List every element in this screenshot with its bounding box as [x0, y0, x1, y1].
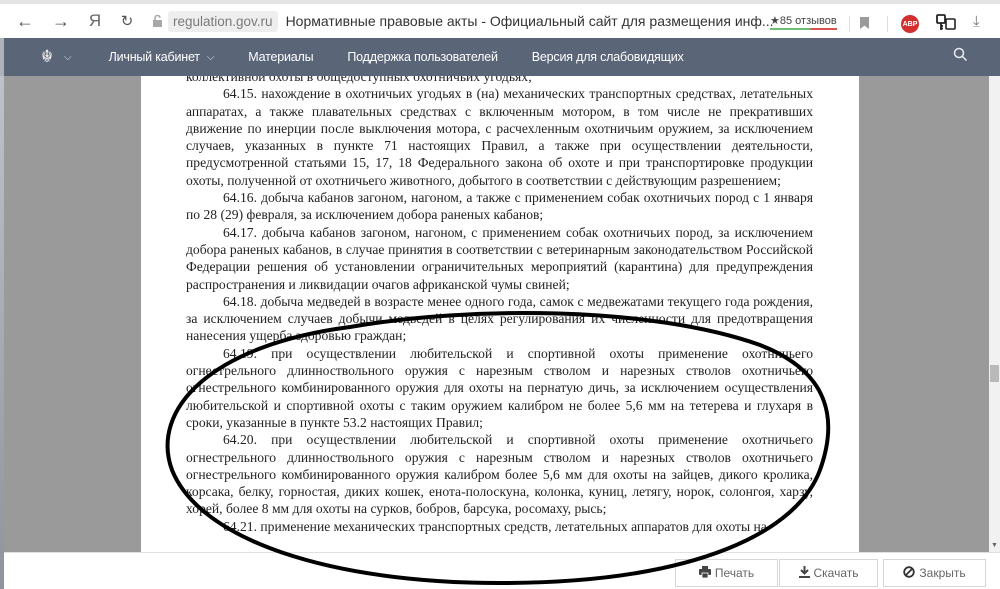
scroll-down-arrow-icon[interactable]: ▼: [991, 542, 998, 549]
address-bar-url[interactable]: regulation.gov.ru: [168, 11, 278, 32]
scrollbar-thumb[interactable]: [990, 365, 999, 382]
prohibited-icon: [903, 566, 915, 581]
reload-icon[interactable]: ↻: [114, 8, 140, 34]
download-icon[interactable]: ⤓: [973, 13, 980, 30]
document-paragraph: 64.21. применение механических транспорт…: [186, 518, 813, 535]
document-text: коллективной охоты в общедоступных охотн…: [186, 76, 813, 535]
nav-item-label: Личный кабинет: [109, 50, 200, 64]
print-button[interactable]: Печать: [675, 559, 778, 587]
toolbar-divider: [887, 16, 888, 32]
document-paragraph: 64.20. при осуществлении любительской и …: [186, 431, 813, 517]
lock-icon[interactable]: [150, 14, 164, 28]
nav-personal-account[interactable]: Личный кабинет ⌵: [109, 50, 215, 64]
site-navigation: ☬ ⌵ Личный кабинет ⌵ Материалы Поддержка…: [0, 38, 1000, 76]
document-paragraph: 64.19. при осуществлении любительской и …: [186, 345, 813, 431]
chevron-down-icon[interactable]: ⌵: [64, 52, 72, 63]
vertical-scrollbar[interactable]: ▼: [989, 76, 1000, 552]
search-icon[interactable]: [953, 47, 968, 67]
document-viewer: коллективной охоты в общедоступных охотн…: [4, 76, 989, 552]
document-paragraph: 64.16. добыча кабанов загоном, нагоном, …: [186, 189, 813, 224]
back-arrow-icon[interactable]: ←: [12, 8, 38, 34]
document-paragraph: коллективной охоты в общедоступных охотн…: [186, 76, 813, 85]
close-label: Закрыть: [919, 566, 965, 580]
document-paragraph: 64.17. добыча кабанов загоном, нагоном, …: [186, 224, 813, 293]
download-icon: [799, 566, 810, 581]
close-button[interactable]: Закрыть: [883, 559, 986, 587]
browser-toolbar: ← → Я ↻ regulation.gov.ru Нормативные пр…: [0, 0, 1000, 38]
password-manager-icon[interactable]: [936, 14, 956, 37]
yandex-icon[interactable]: Я: [82, 8, 108, 34]
forward-arrow-icon[interactable]: →: [48, 8, 74, 34]
adblock-plus-icon[interactable]: ABP: [901, 15, 919, 33]
nav-accessibility-version[interactable]: Версия для слабовидящих: [532, 50, 684, 64]
coat-of-arms-icon[interactable]: ☬: [37, 46, 57, 68]
bookmark-icon[interactable]: [860, 17, 869, 29]
nav-materials[interactable]: Материалы: [248, 50, 313, 64]
document-paragraph: 64.15. нахождение в охотничьих угодьях в…: [186, 85, 813, 189]
toolbar-divider: [849, 16, 850, 32]
document-paragraph: 64.18. добыча медведей в возрасте менее …: [186, 293, 813, 345]
action-bar: Печать Скачать Закрыть: [4, 552, 1000, 589]
download-button[interactable]: Скачать: [779, 559, 878, 587]
document-page: коллективной охоты в общедоступных охотн…: [141, 76, 859, 552]
printer-icon: [699, 566, 711, 581]
reviews-badge[interactable]: ★85 отзывов: [770, 14, 837, 30]
download-label: Скачать: [814, 566, 859, 580]
print-label: Печать: [715, 566, 754, 580]
nav-user-support[interactable]: Поддержка пользователей: [347, 50, 497, 64]
chevron-down-icon: ⌵: [207, 52, 214, 63]
tab-title: Нормативные правовые акты - Официальный …: [286, 13, 774, 29]
